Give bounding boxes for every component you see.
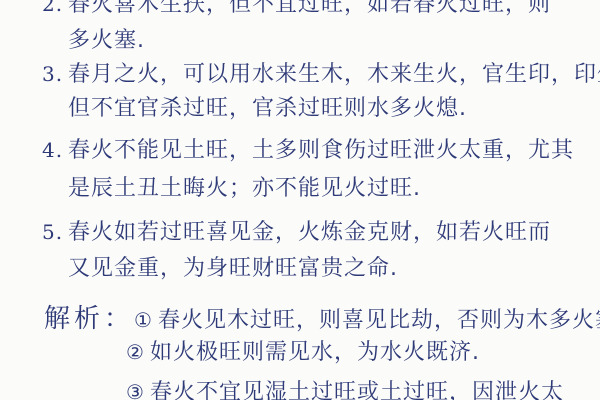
item-number: 4. [42,140,68,160]
item-text: 又见金重，为身旺财旺富贵之命. [68,256,398,281]
point-text: 春火见木过旺，则喜见比劫，否则为木多火塞. [158,308,600,333]
item-text: 春火如若过旺喜见金，火炼金克财，如若火旺而 [68,220,551,245]
point-marker: ① [134,310,158,330]
point-text: 春火不宜见湿土过旺或土过旺，因泄火太 [150,380,564,400]
point-marker: ③ [126,382,150,400]
item-number: 5. [42,222,68,242]
item-text: 春火不能见土旺，土多则食伤过旺泄火太重，尤其 [68,138,574,163]
analysis-line-3: ③春火不宜见湿土过旺或土过旺，因泄火太 [126,382,564,400]
analysis-line-2: ②如火极旺则需见水，为水火既济. [126,342,480,364]
analysis-label: 解析： [44,304,134,334]
item-number: 3. [42,64,68,84]
item-2-line-1: 2.春火喜木生扶，但不宜过旺，如若春火过旺，则 [42,0,551,16]
handwritten-notes-page: 2.春火喜木生扶，但不宜过旺，如若春火过旺，则 多火塞. 3.春月之火，可以用水… [0,0,600,400]
item-text: 春火喜木生扶，但不宜过旺，如若春火过旺，则 [68,0,551,17]
analysis-line-1: 解析：①春火见木过旺，则喜见比劫，否则为木多火塞. [44,306,600,332]
point-marker: ② [126,342,150,362]
point-text: 如火极旺则需见水，为水火既济. [150,340,480,365]
item-text: 是辰土丑土晦火；亦不能见火过旺. [68,176,421,201]
item-3-line-2: 但不宜官杀过旺，官杀过旺则水多火熄. [68,98,467,120]
item-text: 春月之火，可以用水来生木，木来生火，官生印，印生身. [68,62,600,87]
item-4-line-1: 4.春火不能见土旺，土多则食伤过旺泄火太重，尤其 [42,140,574,162]
item-text: 但不宜官杀过旺，官杀过旺则水多火熄. [68,96,467,121]
item-3-line-1: 3.春月之火，可以用水来生木，木来生火，官生印，印生身. [42,64,600,86]
item-4-line-2: 是辰土丑土晦火；亦不能见火过旺. [68,178,421,200]
item-5-line-2: 又见金重，为身旺财旺富贵之命. [68,258,398,280]
item-number: 2. [42,0,68,14]
item-text: 多火塞. [68,28,145,53]
item-5-line-1: 5.春火如若过旺喜见金，火炼金克财，如若火旺而 [42,222,551,244]
item-2-line-2: 多火塞. [68,30,145,52]
